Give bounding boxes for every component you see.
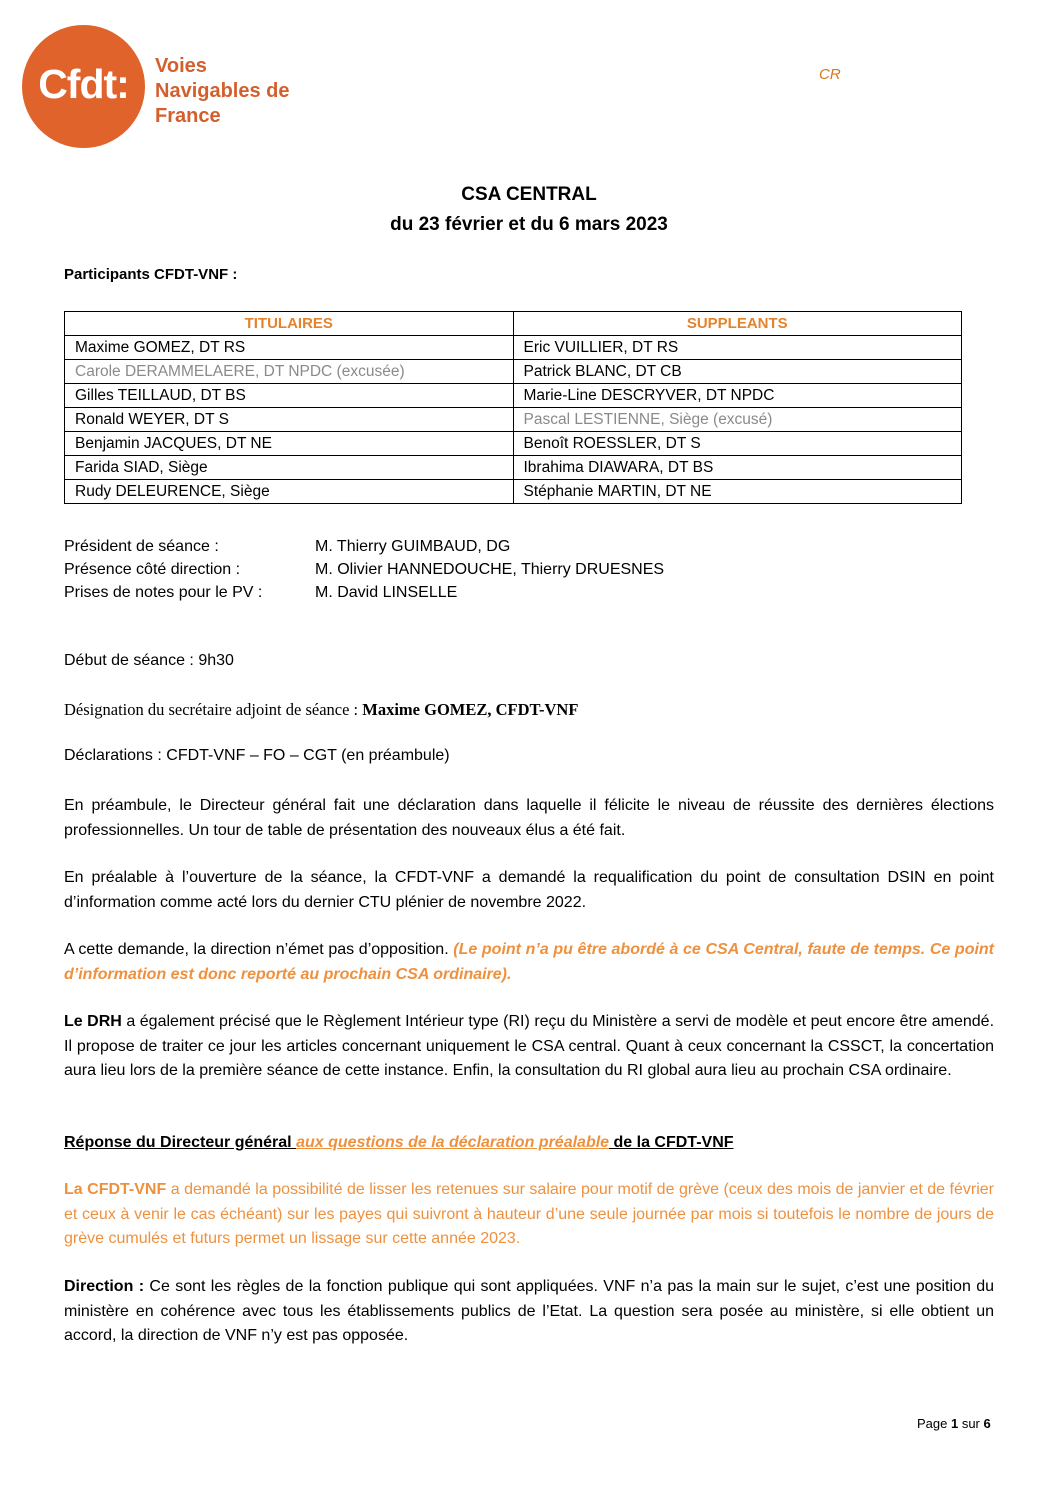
- meta-value: M. Thierry GUIMBAUD, DG: [315, 535, 510, 558]
- suppleant-cell: Patrick BLANC, DT CB: [513, 360, 962, 384]
- suppleant-cell: Marie-Line DESCRYVER, DT NPDC: [513, 384, 962, 408]
- meta-value: M. Olivier HANNEDOUCHE, Thierry DRUESNES: [315, 558, 664, 581]
- column-header-titulaires: TITULAIRES: [65, 312, 514, 336]
- heading-part: Réponse du Directeur général: [64, 1134, 296, 1151]
- titulaire-cell: Rudy DELEURENCE, Siège: [65, 480, 514, 504]
- titulaire-cell: Maxime GOMEZ, DT RS: [65, 336, 514, 360]
- page-mid: sur: [958, 1416, 983, 1431]
- table-row: Carole DERAMMELAERE, DT NPDC (excusée)Pa…: [65, 360, 962, 384]
- table-row: Rudy DELEURENCE, SiègeStéphanie MARTIN, …: [65, 480, 962, 504]
- titulaire-cell: Benjamin JACQUES, DT NE: [65, 432, 514, 456]
- paragraph-lead: Le DRH: [64, 1013, 122, 1030]
- meta-key: Président de séance :: [64, 535, 315, 558]
- table-row: Benjamin JACQUES, DT NEBenoît ROESSLER, …: [65, 432, 962, 456]
- suppleant-cell: Stéphanie MARTIN, DT NE: [513, 480, 962, 504]
- paragraph-preamble: En préambule, le Directeur général fait …: [64, 794, 994, 843]
- session-meta: Président de séance : M. Thierry GUIMBAU…: [64, 535, 664, 604]
- suppleant-cell: Eric VUILLIER, DT RS: [513, 336, 962, 360]
- meta-row: Prises de notes pour le PV : M. David LI…: [64, 581, 664, 604]
- logo-line: Navigables de: [155, 79, 290, 104]
- paragraph-text: A cette demande, la direction n’émet pas…: [64, 941, 453, 958]
- page-title: CSA CENTRAL du 23 février et du 6 mars 2…: [0, 180, 1058, 240]
- page-total: 6: [984, 1416, 991, 1431]
- paragraph-text: a également précisé que le Règlement Int…: [64, 1013, 994, 1079]
- logo-mark: Cfdt:: [38, 61, 129, 108]
- logo-line: France: [155, 104, 290, 129]
- participants-label: Participants CFDT-VNF :: [64, 266, 994, 283]
- paragraph-direction-response: A cette demande, la direction n’émet pas…: [64, 938, 994, 987]
- title-line-2: du 23 février et du 6 mars 2023: [0, 210, 1058, 240]
- participants-table: TITULAIRES SUPPLEANTS Maxime GOMEZ, DT R…: [64, 311, 962, 504]
- paragraph-lead: La CFDT-VNF: [64, 1181, 166, 1198]
- declarations-line: Déclarations : CFDT-VNF – FO – CGT (en p…: [64, 747, 450, 765]
- designation-label: Désignation du secrétaire adjoint de séa…: [64, 700, 362, 719]
- table-row: Ronald WEYER, DT SPascal LESTIENNE, Sièg…: [65, 408, 962, 432]
- paragraph-direction-answer: Direction : Ce sont les règles de la fon…: [64, 1275, 994, 1349]
- paragraph-preliminary: En préalable à l’ouverture de la séance,…: [64, 866, 994, 915]
- paragraph-text: a demandé la possibilité de lisser les r…: [64, 1181, 994, 1247]
- suppleant-cell: Pascal LESTIENNE, Siège (excusé): [513, 408, 962, 432]
- paragraph-drh: Le DRH a également précisé que le Règlem…: [64, 1010, 994, 1084]
- suppleant-cell: Benoît ROESSLER, DT S: [513, 432, 962, 456]
- title-line-1: CSA CENTRAL: [0, 180, 1058, 210]
- meta-key: Présence côté direction :: [64, 558, 315, 581]
- suppleant-cell: Ibrahima DIAWARA, DT BS: [513, 456, 962, 480]
- meta-value: M. David LINSELLE: [315, 581, 457, 604]
- section-heading: Réponse du Directeur général aux questio…: [64, 1131, 994, 1156]
- titulaire-cell: Carole DERAMMELAERE, DT NPDC (excusée): [65, 360, 514, 384]
- table-row: Farida SIAD, SiègeIbrahima DIAWARA, DT B…: [65, 456, 962, 480]
- titulaire-cell: Ronald WEYER, DT S: [65, 408, 514, 432]
- paragraph-text: Ce sont les règles de la fonction publiq…: [64, 1278, 994, 1344]
- meta-key: Prises de notes pour le PV :: [64, 581, 315, 604]
- heading-link[interactable]: aux questions de la déclaration préalabl…: [296, 1134, 609, 1151]
- meta-row: Président de séance : M. Thierry GUIMBAU…: [64, 535, 664, 558]
- page-prefix: Page: [917, 1416, 951, 1431]
- titulaire-cell: Gilles TEILLAUD, DT BS: [65, 384, 514, 408]
- paragraph-cfdt-request: La CFDT-VNF a demandé la possibilité de …: [64, 1178, 994, 1252]
- logo-text: Voies Navigables de France: [155, 54, 290, 129]
- secretary-designation: Désignation du secrétaire adjoint de séa…: [64, 700, 578, 720]
- heading-part: de la CFDT-VNF: [609, 1134, 733, 1151]
- table-row: Gilles TEILLAUD, DT BSMarie-Line DESCRYV…: [65, 384, 962, 408]
- column-header-suppleants: SUPPLEANTS: [513, 312, 962, 336]
- designation-value: Maxime GOMEZ, CFDT-VNF: [362, 700, 578, 719]
- cfdt-logo: Cfdt:: [22, 25, 145, 148]
- session-start: Début de séance : 9h30: [64, 652, 234, 670]
- meta-row: Présence côté direction : M. Olivier HAN…: [64, 558, 664, 581]
- logo-line: Voies: [155, 54, 290, 79]
- paragraph-lead: Direction :: [64, 1278, 144, 1295]
- page-number: Page 1 sur 6: [917, 1416, 991, 1431]
- table-row: Maxime GOMEZ, DT RSEric VUILLIER, DT RS: [65, 336, 962, 360]
- titulaire-cell: Farida SIAD, Siège: [65, 456, 514, 480]
- doc-tag: CR: [819, 66, 841, 83]
